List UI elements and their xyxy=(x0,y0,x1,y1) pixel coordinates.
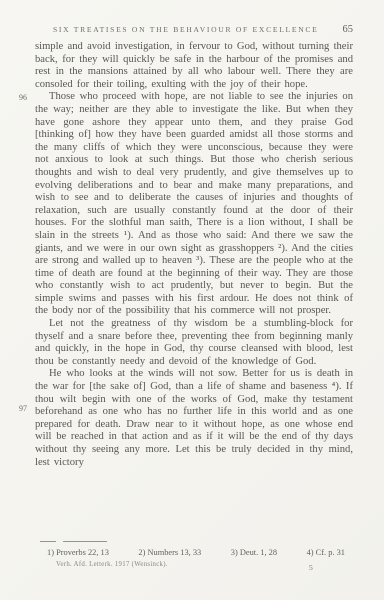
separator-segment xyxy=(40,541,56,542)
paragraph: He who looks at the winds will not sow. … xyxy=(35,368,353,469)
margin-note-96: 96 xyxy=(19,93,27,102)
footnote-item: 2) Numbers 13, 33 xyxy=(138,548,201,557)
running-header: SIX TREATISES ON THE BEHAVIOUR OF EXCELL… xyxy=(35,24,353,35)
footnote-separator xyxy=(40,541,110,542)
margin-note-97: 97 xyxy=(19,404,27,413)
signature-mark: 5 xyxy=(309,563,313,572)
imprint-line: Verh. Afd. Letterk. 1917 (Wensinck). xyxy=(56,561,168,568)
running-header-title: SIX TREATISES ON THE BEHAVIOUR OF EXCELL… xyxy=(35,25,337,34)
paragraph: Let not the greatness of thy wisdom be a… xyxy=(35,318,353,368)
paragraph: Those who proceed with hope, are not lia… xyxy=(35,91,353,318)
footnote-item: 1) Proverbs 22, 13 xyxy=(47,548,109,557)
body-text: simple and avoid investigation, in fervo… xyxy=(35,41,353,469)
footnote-item: 4) Cf. p. 31 xyxy=(307,548,345,557)
footnote-item: 3) Deut. 1, 28 xyxy=(231,548,277,557)
separator-segment xyxy=(63,541,107,542)
page-number: 65 xyxy=(343,24,354,35)
footnotes-row: 1) Proverbs 22, 13 2) Numbers 13, 33 3) … xyxy=(47,548,345,557)
book-page: SIX TREATISES ON THE BEHAVIOUR OF EXCELL… xyxy=(0,0,384,600)
paragraph: simple and avoid investigation, in fervo… xyxy=(35,41,353,91)
